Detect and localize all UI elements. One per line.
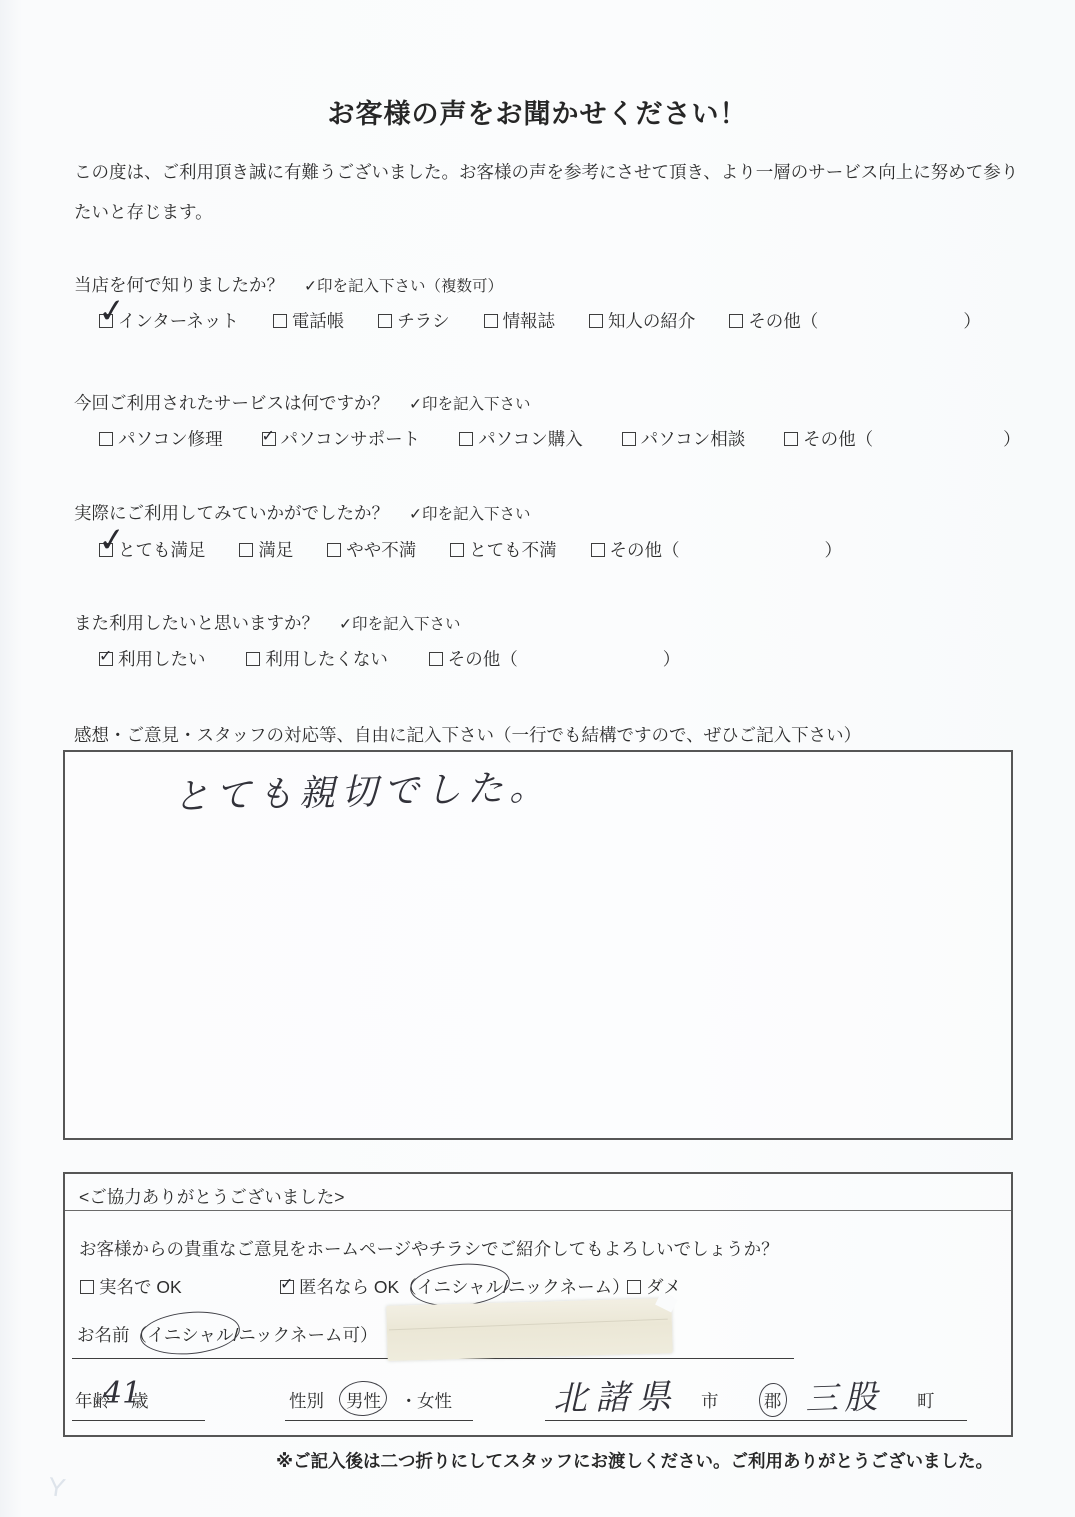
option-very-dissatisfied[interactable]: とても不満 <box>450 537 557 562</box>
gender-separator: ・ <box>400 1388 418 1413</box>
question-4-hint: ✓印を記入下さい <box>339 616 461 633</box>
scan-artifact: Y <box>46 1471 67 1504</box>
option-pc-support[interactable]: パソコンサポート <box>262 426 421 451</box>
option-internet[interactable]: インターネット <box>99 308 239 333</box>
option-other-4[interactable]: その他（） <box>429 646 681 671</box>
question-1-options: インターネット 電話帳 チラシ 情報誌 知人の紹介 その他（） <box>99 308 981 333</box>
consent-header: <ご協力ありがとうございました> <box>79 1184 344 1209</box>
check-mark-icon <box>262 429 275 445</box>
question-2-head: 今回ご利用されたサービスは何ですか？✓印を記入下さい <box>74 390 531 415</box>
option-very-satisfied[interactable]: とても満足 <box>99 537 206 562</box>
checkbox-other-1[interactable] <box>729 314 743 328</box>
question-4-head: また利用したいと思いますか？✓印を記入下さい <box>74 610 461 635</box>
checkbox-pc-repair[interactable] <box>99 432 113 446</box>
city-suffix: 市 <box>701 1388 719 1413</box>
checkbox-other-2[interactable] <box>784 432 798 446</box>
checkbox-very-dissatisfied[interactable] <box>450 543 464 557</box>
comment-box[interactable]: とても親切でした。 <box>63 750 1013 1140</box>
option-referral[interactable]: 知人の紹介 <box>589 308 696 333</box>
checkbox-very-satisfied[interactable] <box>99 543 113 557</box>
question-3-head: 実際にご利用してみていかがでしたか？✓印を記入下さい <box>74 500 531 525</box>
gender-label: 性別 <box>289 1388 324 1413</box>
question-2-hint: ✓印を記入下さい <box>409 396 531 413</box>
handwritten-comment: とても親切でした。 <box>172 759 551 820</box>
name-label: お名前（イニシャル/ニックネーム可） <box>77 1322 377 1347</box>
option-real-name-ok[interactable]: 実名で OK <box>80 1274 182 1299</box>
gender-underline <box>285 1420 473 1421</box>
option-other-3[interactable]: その他（） <box>591 537 843 562</box>
option-anonymous-ok[interactable]: 匿名なら OK（イニシャル/ニックネーム） <box>280 1274 630 1299</box>
question-2-options: パソコン修理 パソコンサポート パソコン購入 パソコン相談 その他（） <box>99 426 1021 451</box>
option-pc-repair[interactable]: パソコン修理 <box>99 426 223 451</box>
option-pc-purchase[interactable]: パソコン購入 <box>459 426 583 451</box>
checkbox-real-name-ok[interactable] <box>80 1280 94 1294</box>
option-somewhat-dissatisfied[interactable]: やや不満 <box>327 537 416 562</box>
age-unit: 歳 <box>131 1388 149 1413</box>
consent-box: <ご協力ありがとうございました> お客様からの貴重なご意見をホームページやチラシ… <box>63 1172 1013 1437</box>
consent-question: お客様からの貴重なご意見をホームページやチラシでご紹介してもよろしいでしょうか？ <box>79 1236 779 1261</box>
option-satisfied[interactable]: 満足 <box>239 537 293 562</box>
redaction-tape <box>386 1298 672 1361</box>
checkbox-flyer[interactable] <box>378 314 392 328</box>
circled-initial: イニシャル <box>417 1277 503 1297</box>
survey-form-page: お客様の声をお聞かせください！ この度は、ご利用頂き誠に有難うございました。お客… <box>0 0 1075 1517</box>
gender-female[interactable]: 女性 <box>417 1388 452 1413</box>
age-underline[interactable] <box>72 1420 205 1421</box>
checkbox-pc-consult[interactable] <box>622 432 636 446</box>
option-pc-consult[interactable]: パソコン相談 <box>622 426 746 451</box>
option-other-1[interactable]: その他（） <box>729 308 981 333</box>
town-suffix: 町 <box>917 1388 935 1413</box>
footer-note: ※ご記入後は二つ折りにしてスタッフにお渡しください。ご利用ありがとうございました… <box>276 1448 993 1473</box>
region-value-handwritten: 北諸県 <box>553 1369 680 1420</box>
option-no[interactable]: ダメ <box>627 1274 681 1299</box>
check-mark-icon <box>280 1277 293 1293</box>
checkbox-phonebook[interactable] <box>273 314 287 328</box>
checkbox-anonymous-ok[interactable] <box>280 1280 294 1294</box>
address-underline[interactable] <box>545 1420 967 1421</box>
town-value-handwritten: 三股 <box>804 1371 884 1421</box>
option-other-2[interactable]: その他（） <box>784 426 1021 451</box>
divider-line <box>65 1210 1011 1211</box>
option-magazine[interactable]: 情報誌 <box>484 308 556 333</box>
circled-initial-name: イニシャル <box>147 1325 233 1345</box>
option-flyer[interactable]: チラシ <box>378 308 450 333</box>
checkbox-other-4[interactable] <box>429 652 443 666</box>
county-suffix-circled[interactable]: 郡 <box>764 1391 782 1411</box>
comment-label: 感想・ご意見・スタッフの対応等、自由に記入下さい（一行でも結構ですので、ぜひご記… <box>74 722 861 747</box>
option-dont-want-to-use[interactable]: 利用したくない <box>246 646 388 671</box>
check-mark-icon <box>96 293 127 329</box>
page-title: お客様の声をお聞かせください！ <box>0 92 1075 131</box>
question-3-options: とても満足 満足 やや不満 とても不満 その他（） <box>99 537 842 562</box>
checkbox-internet[interactable] <box>99 314 113 328</box>
profile-row: 年齢 41 歳 性別 男性 ・ 女性 北諸県 市 郡 三股 町 <box>65 1378 1011 1430</box>
gender-male-circled[interactable]: 男性 <box>346 1391 381 1411</box>
intro-text: この度は、ご利用頂き誠に有難うございました。お客様の声を参考にさせて頂き、より一… <box>74 152 1026 232</box>
checkbox-pc-support[interactable] <box>262 432 276 446</box>
checkbox-pc-purchase[interactable] <box>459 432 473 446</box>
option-phonebook[interactable]: 電話帳 <box>273 308 345 333</box>
checkbox-no[interactable] <box>627 1280 641 1294</box>
checkbox-dont-want-to-use[interactable] <box>246 652 260 666</box>
checkbox-want-to-use[interactable] <box>99 652 113 666</box>
question-2-label: 今回ご利用されたサービスは何ですか？ <box>74 393 389 413</box>
checkbox-satisfied[interactable] <box>239 543 253 557</box>
checkbox-magazine[interactable] <box>484 314 498 328</box>
checkbox-other-3[interactable] <box>591 543 605 557</box>
check-mark-icon <box>99 649 112 665</box>
question-1-hint: ✓印を記入下さい（複数可） <box>304 278 503 295</box>
option-want-to-use[interactable]: 利用したい <box>99 646 206 671</box>
question-4-options: 利用したい 利用したくない その他（） <box>99 646 680 671</box>
question-3-hint: ✓印を記入下さい <box>409 506 531 523</box>
checkbox-referral[interactable] <box>589 314 603 328</box>
question-1-head: 当店を何で知りましたか？✓印を記入下さい（複数可） <box>74 272 503 297</box>
check-mark-icon <box>96 522 127 558</box>
checkbox-somewhat-dissatisfied[interactable] <box>327 543 341 557</box>
question-4-label: また利用したいと思いますか？ <box>74 613 319 633</box>
